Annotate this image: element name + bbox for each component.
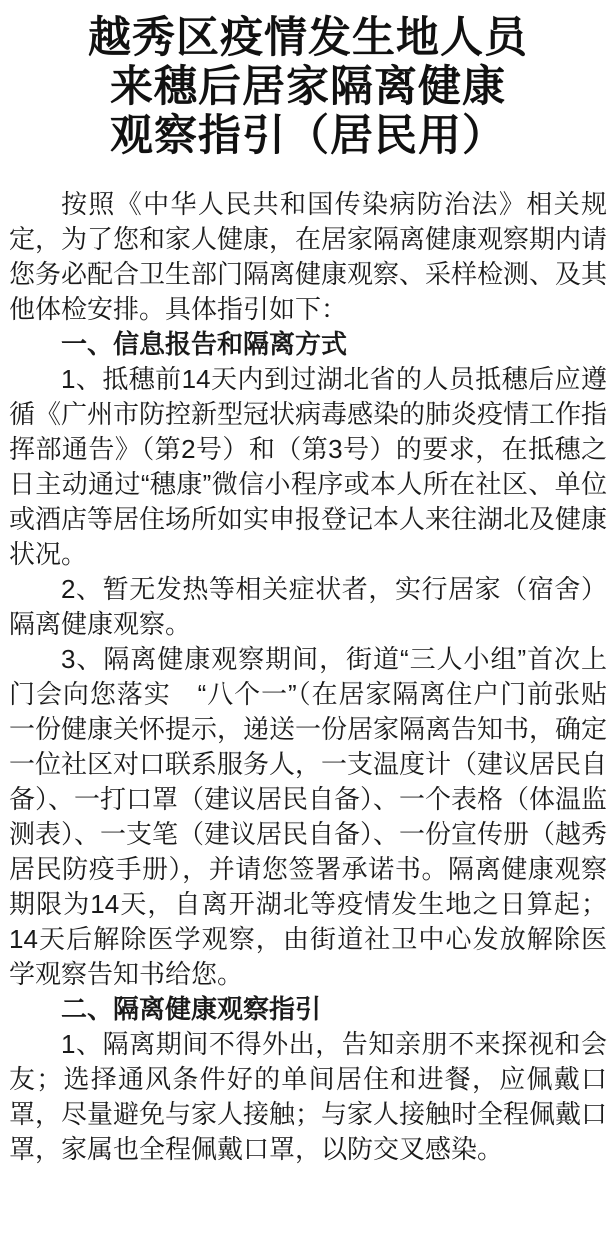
section-heading-1: 一、信息报告和隔离方式 [9,327,607,362]
paragraph-item-1: 1、抵穗前14天内到过湖北省的人员抵穗后应遵循《广州市防控新型冠状病毒感染的肺炎… [9,362,607,572]
title-line-2: 来穗后居家隔离健康 [20,63,596,112]
paragraph-item-4: 1、隔离期间不得外出，告知亲朋不来探视和会友；选择通风条件好的单间居住和进餐，应… [9,1027,607,1167]
document-page: 越秀区疫情发生地人员 来穗后居家隔离健康 观察指引（居民用） 按照《中华人民共和… [0,0,616,1234]
section-heading-2: 二、隔离健康观察指引 [9,992,607,1027]
title-line-1: 越秀区疫情发生地人员 [20,14,596,63]
document-title: 越秀区疫情发生地人员 来穗后居家隔离健康 观察指引（居民用） [0,0,616,161]
title-line-3: 观察指引（居民用） [20,112,596,161]
paragraph-intro: 按照《中华人民共和国传染病防治法》相关规定，为了您和家人健康，在居家隔离健康观察… [9,187,607,327]
document-body: 按照《中华人民共和国传染病防治法》相关规定，为了您和家人健康，在居家隔离健康观察… [0,187,616,1167]
paragraph-item-2: 2、暂无发热等相关症状者，实行居家（宿舍）隔离健康观察。 [9,572,607,642]
paragraph-item-3: 3、隔离健康观察期间，街道“三人小组”首次上门会向您落实 “八个一”（在居家隔离… [9,642,607,992]
